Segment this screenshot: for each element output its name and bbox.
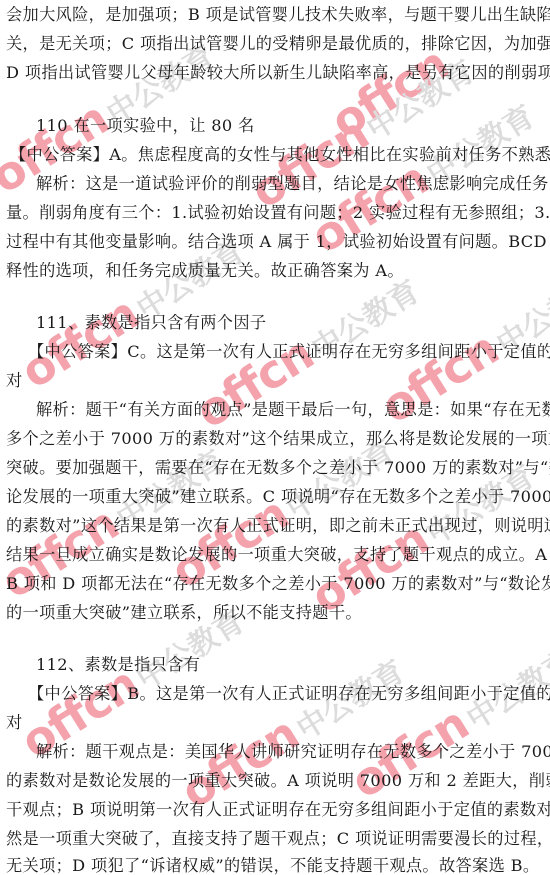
analysis-line: 解析：这是一道试验评价的削弱型题目，结论是女性焦虑影响完成任务的质 — [36, 174, 544, 194]
analysis-line: 释性的选项，和任务完成质量无关。故正确答案为 A。 — [6, 261, 544, 281]
analysis-line: 的一项重大突破”建立联系，所以不能支持题干。 — [6, 603, 544, 623]
analysis-line: 量。削弱角度有三个：1.试验初始设置有问题；2 实验过程有无参照组；3.试验 — [6, 203, 544, 223]
analysis-line: 干观点；B 项说明第一次有人正式证明存在无穷多组间距小于定值的素数对，显 — [6, 800, 544, 820]
answer-line: 【中公答案】A。焦虑程度高的女性与其他女性相比在实验前对任务不熟悉。 — [10, 145, 548, 165]
analysis-line: 的素数对是数论发展的一项重大突破。A 项说明 7000 万和 2 差距大，削弱了… — [6, 771, 544, 791]
analysis-line: 突破。要加强题干，需要在“存在无数多个之差小于 7000 万的素数对”与“数 — [6, 458, 544, 478]
question-title-112: 112、素数是指只含有 — [36, 655, 544, 675]
intro-line: 关，是无关项；C 项指出试管婴儿的受精卵是最优质的，排除它因，为加强项； — [6, 34, 544, 54]
intro-line: 会加大风险，是加强项；B 项是试管婴儿技术失败率，与题干婴儿出生缺陷率无 — [6, 5, 544, 25]
analysis-line: 过程中有其他变量影响。结合选项 A 属于 1，试验初始设置有问题。BCD 属于解 — [6, 232, 544, 252]
analysis-line: 的素数对”这个结果是第一次有人正式证明，即之前未正式出现过，则说明这项 — [6, 516, 544, 536]
answer-line: 【中公答案】C。这是第一次有人正式证明存在无穷多组间距小于定值的素数 — [28, 342, 550, 362]
analysis-line: 结果一旦成立确实是数论发展的一项重大突破，支持了题干观点的成立。A 项、 — [6, 545, 544, 565]
intro-line: D 项指出试管婴儿父母年龄较大所以新生儿缺陷率高，是另有它因的削弱项。 — [6, 63, 544, 83]
analysis-line: B 项和 D 项都无法在“存在无数多个之差小于 7000 万的素数对”与“数论发… — [6, 574, 544, 594]
analysis-line: 解析：题干“有关方面的观点”是题干最后一句，意思是：如果“存在无数 — [36, 400, 544, 420]
analysis-line: 论发展的一项重大突破”建立联系。C 项说明“存在无数多个之差小于 7000 万 — [6, 487, 544, 507]
analysis-line: 然是一项重大突破了，直接支持了题干观点；C 项说证明需要漫长的过程，属于 — [6, 829, 544, 849]
answer-line: 【中公答案】B。这是第一次有人正式证明存在无穷多组间距小于定值的素数 — [28, 684, 550, 704]
question-title-110: 110 在一项实验中，让 80 名 — [36, 116, 544, 136]
question-title-111: 111、素数是指只含有两个因子 — [36, 313, 544, 333]
answer-line: 对 — [6, 371, 544, 391]
analysis-line: 解析：题干观点是：美国华人讲师研究证明存在无数多个之差小于 7000 万 — [36, 742, 544, 762]
analysis-line: 多个之差小于 7000 万的素数对”这个结果成立，那么将是数论发展的一项重大 — [6, 429, 544, 449]
answer-line: 对 — [6, 713, 544, 733]
document-page: offcn offcn中公教育 offcn中公教育 offcn中公教育 offc… — [0, 0, 550, 875]
analysis-line: 无关项；D 项犯了“诉诸权威”的错误，不能支持题干观点。故答案选 B。 — [6, 856, 544, 875]
